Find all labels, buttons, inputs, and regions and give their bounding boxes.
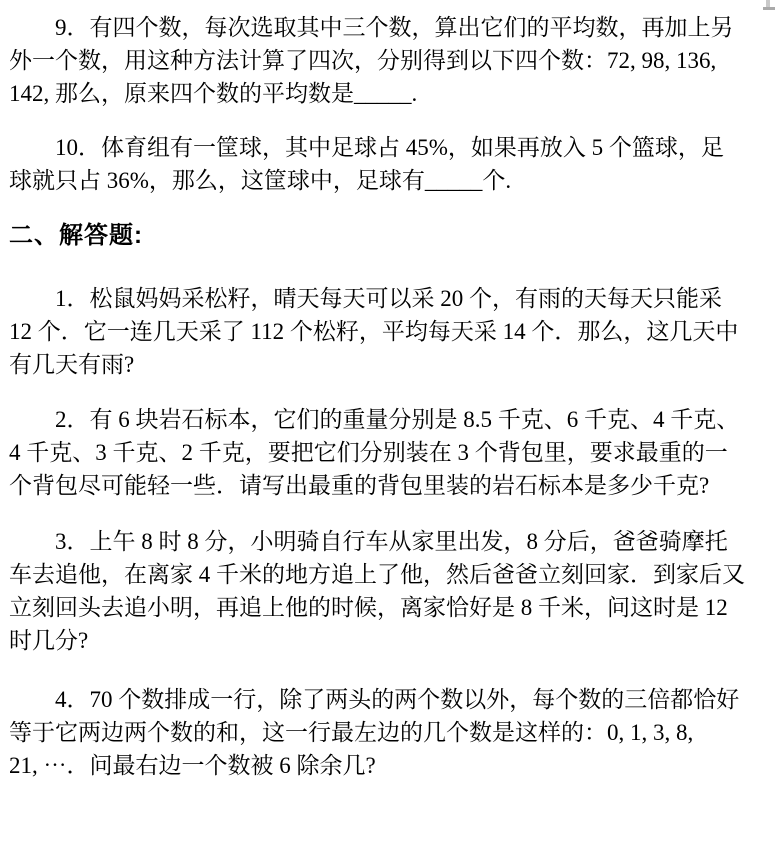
problem-1: 1．松鼠妈妈采松籽，晴天每天可以采 20 个，有雨的天每天只能采 12 个．它一… bbox=[9, 282, 770, 381]
scrollbar-fragment-horizontal bbox=[763, 7, 775, 10]
text-line: 21, ⋯．问最右边一个数被 6 除余几? bbox=[9, 749, 770, 782]
text-line: 2．有 6 块岩石标本，它们的重量分别是 8.5 千克、6 千克、4 千克、 bbox=[9, 403, 770, 436]
scrollbar-fragment bbox=[760, 0, 778, 12]
text-line: 4 千克、3 千克、2 千克，要把它们分别装在 3 个背包里，要求最重的一 bbox=[9, 436, 770, 469]
text-line: 4．70 个数排成一行，除了两头的两个数以外，每个数的三倍都恰好 bbox=[9, 683, 770, 716]
problem-3: 3．上午 8 时 8 分，小明骑自行车从家里出发，8 分后，爸爸骑摩托 车去追他… bbox=[9, 525, 770, 657]
text-line: 车去追他，在离家 4 千米的地方追上了他，然后爸爸立刻回家．到家后又 bbox=[9, 558, 770, 591]
text-line: 142, 那么，原来四个数的平均数是_____. bbox=[9, 77, 770, 110]
text-line: 3．上午 8 时 8 分，小明骑自行车从家里出发，8 分后，爸爸骑摩托 bbox=[9, 525, 770, 558]
text-line: 10．体育组有一筐球，其中足球占 45%，如果再放入 5 个篮球，足 bbox=[9, 131, 770, 164]
problem-2: 2．有 6 块岩石标本，它们的重量分别是 8.5 千克、6 千克、4 千克、 4… bbox=[9, 403, 770, 502]
text-line: 时几分? bbox=[9, 624, 770, 657]
text-line: 外一个数，用这种方法计算了四次，分别得到以下四个数：72, 98, 136, bbox=[9, 44, 770, 77]
worksheet-page: 9．有四个数，每次选取其中三个数，算出它们的平均数，再加上另 外一个数，用这种方… bbox=[0, 0, 778, 782]
text-line: 1．松鼠妈妈采松籽，晴天每天可以采 20 个，有雨的天每天只能采 bbox=[9, 282, 770, 315]
text-line: 立刻回头去追小明，再追上他的时候，离家恰好是 8 千米，问这时是 12 bbox=[9, 591, 770, 624]
text-line: 球就只占 36%，那么，这筐球中，足球有_____个. bbox=[9, 164, 770, 197]
text-line: 12 个．它一连几天采了 112 个松籽，平均每天采 14 个．那么，这几天中 bbox=[9, 315, 770, 348]
text-line: 个背包尽可能轻一些．请写出最重的背包里装的岩石标本是多少千克? bbox=[9, 469, 770, 502]
text-line: 等于它两边两个数的和，这一行最左边的几个数是这样的：0, 1, 3, 8, bbox=[9, 716, 770, 749]
text-line: 有几天有雨? bbox=[9, 348, 770, 381]
problem-9: 9．有四个数，每次选取其中三个数，算出它们的平均数，再加上另 外一个数，用这种方… bbox=[9, 11, 770, 110]
problem-4: 4．70 个数排成一行，除了两头的两个数以外，每个数的三倍都恰好 等于它两边两个… bbox=[9, 683, 770, 782]
section-heading: 二、解答题: bbox=[9, 219, 770, 252]
problem-10: 10．体育组有一筐球，其中足球占 45%，如果再放入 5 个篮球，足 球就只占 … bbox=[9, 131, 770, 197]
text-line: 9．有四个数，每次选取其中三个数，算出它们的平均数，再加上另 bbox=[9, 11, 770, 44]
